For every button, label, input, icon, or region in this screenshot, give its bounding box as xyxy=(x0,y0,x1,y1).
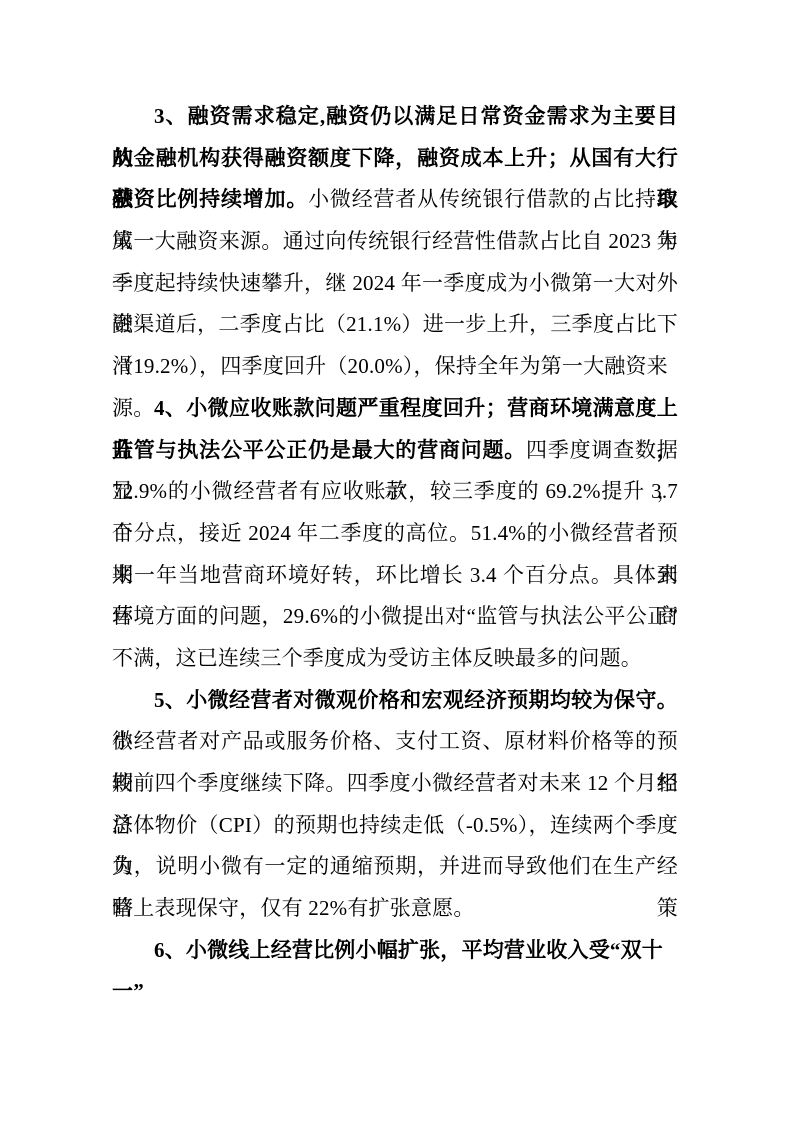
text-line: 季度起持续快速攀升，继 2024 年一季度成为小微第一大对外融 xyxy=(112,263,678,305)
text-line: 资渠道后，二季度占比（21.1%）进一步上升，三季度占比下滑 xyxy=(112,304,678,346)
text-line: 5、小微经营者对微观价格和宏观经济预期均较为保守。小 xyxy=(112,680,678,722)
text-line: 3、融资需求稳定,融资仍以满足日常资金需求为主要目的； xyxy=(112,96,678,138)
paragraph: 6、小微线上经营比例小幅扩张，平均营业收入受“双十一” xyxy=(112,930,678,972)
paragraph: 5、小微经营者对微观价格和宏观经济预期均较为保守。小微经营者对产品或服务价格、支… xyxy=(112,680,678,930)
text-line: 第一大融资来源。通过向传统银行经营性借款占比自 2023 年一 xyxy=(112,221,678,263)
text-line: 4、小微应收账款问题严重程度回升；营商环境满意度上升， xyxy=(112,388,678,430)
text-line: 百分点，接近 2024 年二季度的高位。51.4%的小微经营者预期未 xyxy=(112,513,678,555)
text-line: 微经营者对产品或服务价格、支付工资、原材料价格等的预期相 xyxy=(112,721,678,763)
text-line: 总体物价（CPI）的预期也持续走低（-0.5%），连续两个季度为 xyxy=(112,805,678,847)
text-line: 不满，这已连续三个季度成为受访主体反映最多的问题。 xyxy=(112,638,678,680)
paragraph: 3、融资需求稳定,融资仍以满足日常资金需求为主要目的；从金融机构获得融资额度下降… xyxy=(112,96,678,388)
text-segment: 环境方面的问题，29.6%的小微提出对“监管与执法公平公正” xyxy=(112,604,678,628)
text-segment: 监管与执法公平公正仍是最大的营商问题。 xyxy=(112,438,526,462)
text-segment: 6、小微线上经营比例小幅扩张，平均营业收入受“双十一” xyxy=(112,938,663,1004)
text-line: 从金融机构获得融资额度下降，融资成本上升；从国有大行获取 xyxy=(112,138,678,180)
document-page: 3、融资需求稳定,融资仍以满足日常资金需求为主要目的；从金融机构获得融资额度下降… xyxy=(0,0,793,1122)
text-line: 融资比例持续增加。小微经营者从传统银行借款的占比持续成为 xyxy=(112,179,678,221)
text-line: 6、小微线上经营比例小幅扩张，平均营业收入受“双十一” xyxy=(112,930,678,972)
text-segment: 不满，这已连续三个季度成为受访主体反映最多的问题。 xyxy=(112,646,642,670)
text-line: 环境方面的问题，29.6%的小微提出对“监管与执法公平公正” xyxy=(112,596,678,638)
document-body: 3、融资需求稳定,融资仍以满足日常资金需求为主要目的；从金融机构获得融资额度下降… xyxy=(112,96,678,971)
text-line: 来一年当地营商环境好转，环比增长 3.4 个百分点。具体到营商 xyxy=(112,555,678,597)
text-line: 72.9%的小微经营者有应收账款，较三季度的 69.2%提升 3.7 个 xyxy=(112,471,678,513)
paragraph: 4、小微应收账款问题严重程度回升；营商环境满意度上升，监管与执法公平公正仍是最大… xyxy=(112,388,678,680)
text-segment: 融资比例持续增加。 xyxy=(112,187,308,211)
text-segment: 5、小微经营者对微观价格和宏观经济预期均较为保守。 xyxy=(154,688,678,712)
text-line: （19.2%），四季度回升（20.0%），保持全年为第一大融资来源。 xyxy=(112,346,678,388)
text-segment: 略上表现保守，仅有 22%有扩张意愿。 xyxy=(112,896,475,920)
text-line: 负，说明小微有一定的通缩预期，并进而导致他们在生产经营策 xyxy=(112,846,678,888)
text-line: 监管与执法公平公正仍是最大的营商问题。四季度调查数据显示， xyxy=(112,430,678,472)
text-line: 较前四个季度继续下降。四季度小微经营者对未来 12 个月经济 xyxy=(112,763,678,805)
